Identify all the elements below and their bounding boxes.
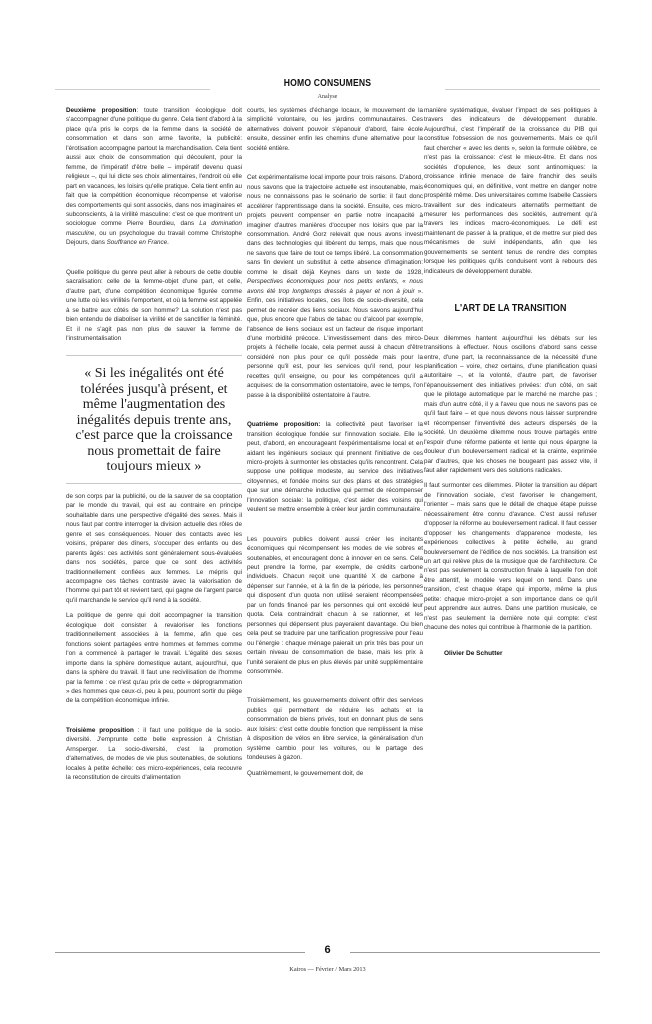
section-header-subtitle: Analyse <box>55 94 600 100</box>
paragraph-deuxieme-proposition: Deuxième proposition: toute transition é… <box>66 106 242 248</box>
paragraph-quatrieme-proposition: Quatrième proposition: la collectivité p… <box>247 420 423 515</box>
paragraph: La politique de genre qui doit accompagn… <box>66 611 242 706</box>
paragraph: manière systématique, évaluer l'impact d… <box>424 106 597 276</box>
paragraph: courts, les systèmes d'échange locaux, l… <box>247 106 423 153</box>
author-signature: Olivier De Schutter <box>444 649 597 658</box>
book-title: Souffrance en France <box>107 239 168 246</box>
paragraph: de son corps par la publicité, ou de la … <box>66 492 242 605</box>
proposition-lead: Deuxième proposition <box>66 107 136 114</box>
page-footer: 6 Kairos — Février / Mars 2013 <box>55 942 600 982</box>
paragraph: Cet expérimentalisme local importe pour … <box>247 173 423 400</box>
page-header: HOMO CONSUMENS Analyse <box>55 60 600 100</box>
paragraph: Quatrièmement, le gouvernement doit, de <box>247 769 423 778</box>
header-rule-left <box>55 89 210 90</box>
page-number: 6 <box>55 944 600 956</box>
section-header-title: HOMO CONSUMENS <box>104 77 551 89</box>
paragraph: Quelle politique du genre peut aller à r… <box>66 268 242 344</box>
paragraph: Troisièmement, les gouvernements doivent… <box>247 696 423 762</box>
issue-line: Kairos — Février / Mars 2013 <box>55 966 600 973</box>
pull-quote: « Si les inégalités ont été tolérées jus… <box>66 364 242 481</box>
pullquote-rule-bottom <box>66 483 242 484</box>
section-heading: L'ART DE LA TRANSITION <box>437 304 584 313</box>
book-title: Perspectives économiques pour nos petits… <box>247 278 397 285</box>
paragraph: Les pouvoirs publics doivent aussi créer… <box>247 535 423 677</box>
pullquote-rule-top <box>66 355 242 356</box>
paragraph: Deux dilemmes hantent aujourd'hui les dé… <box>424 334 597 476</box>
article-column-1: Deuxième proposition: toute transition é… <box>66 106 242 789</box>
paragraph-troisieme-proposition: Troisième proposition : il faut une poli… <box>66 726 242 783</box>
proposition-lead: Quatrième proposition: <box>247 421 320 428</box>
article-column-3: manière systématique, évaluer l'impact d… <box>424 106 597 658</box>
paragraph: Il faut surmonter ces dilemmes. Piloter … <box>424 481 597 632</box>
proposition-lead: Troisième proposition <box>66 727 134 734</box>
header-rule-right <box>445 89 600 90</box>
article-column-2: courts, les systèmes d'échange locaux, l… <box>247 106 423 784</box>
